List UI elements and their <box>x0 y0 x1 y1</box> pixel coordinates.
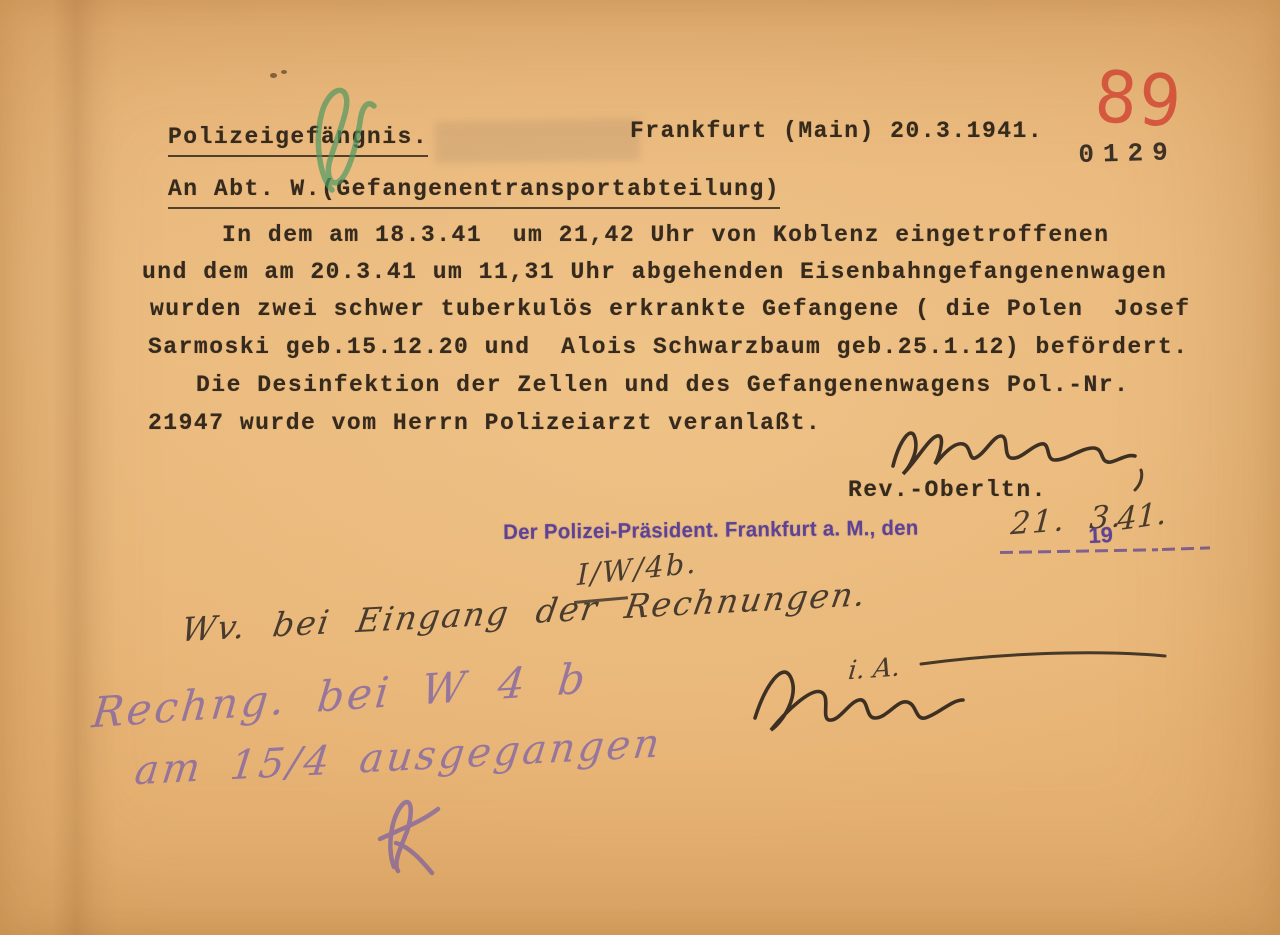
stamp-date-underline <box>1162 546 1210 551</box>
red-folio-number: 89 <box>1092 55 1186 144</box>
stamp-year-handwritten: 41. <box>1117 495 1167 538</box>
body-line: und dem am 20.3.41 um 11,31 Uhr abgehend… <box>142 259 1167 287</box>
ghost-stamp-smudge <box>435 118 641 164</box>
body-line: 21947 wurde vom Herrn Polizeiarzt veranl… <box>148 410 821 438</box>
recipient-line: An Abt. W.(Gefangenentransportabteilung) <box>168 176 780 209</box>
registry-note-line1: Rechng. bei W 4 b <box>90 653 591 737</box>
stamp-date-underline <box>1000 548 1158 554</box>
stamped-folio-number: 0129 <box>1078 137 1177 170</box>
signature-title: Rev.-Oberltn. <box>848 477 1047 505</box>
official-signature-ink <box>725 640 1170 735</box>
green-checkmark-ink <box>302 82 384 200</box>
scanned-document-page: 89 0129 Polizeigefängnis. Frankfurt (Mai… <box>0 0 1280 935</box>
ink-speck <box>281 70 287 74</box>
body-line: wurden zwei schwer tuberkulös erkrankte … <box>150 296 1191 324</box>
paper-fold-shadow <box>52 0 116 935</box>
body-line: Sarmoski geb.15.12.20 und Alois Schwarzb… <box>148 334 1189 362</box>
dateline: Frankfurt (Main) 20.3.1941. <box>630 118 1043 146</box>
office-stamp-text: Der Polizei-Präsident. Frankfurt a. M., … <box>503 517 919 545</box>
body-line: Die Desinfektion der Zellen und des Gefa… <box>196 372 1129 400</box>
sender-line: Polizeigefängnis. <box>168 124 428 157</box>
disposition-note: Wv. bei Eingang der Rechnungen. <box>179 574 870 649</box>
body-line: In dem am 18.3.41 um 21,42 Uhr von Koble… <box>222 222 1110 250</box>
stamp-year-printed: 19 <box>1088 522 1113 549</box>
ink-speck <box>270 73 277 78</box>
registry-note-line2: am 15/4 ausgegangen <box>132 720 665 794</box>
registry-initial-ink <box>360 795 455 880</box>
